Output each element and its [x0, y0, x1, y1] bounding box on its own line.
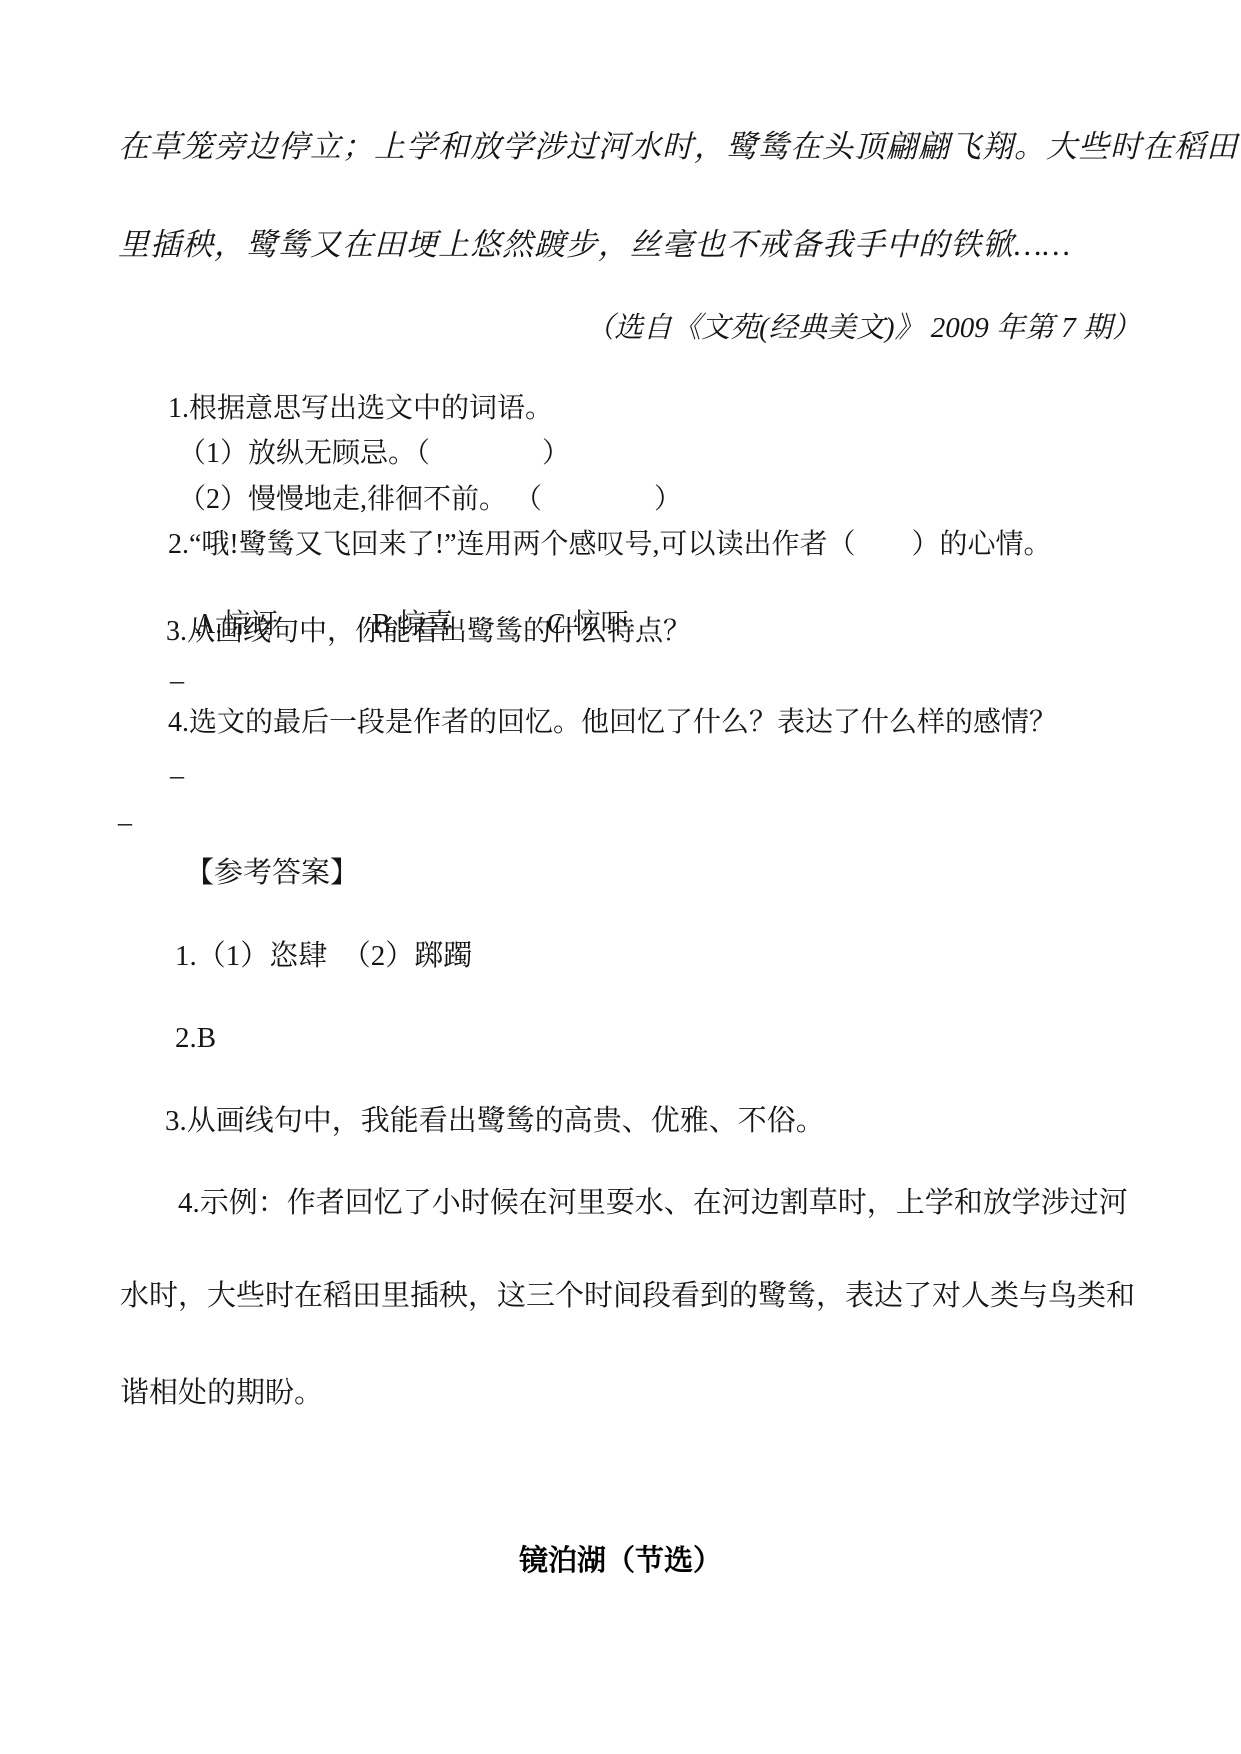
passage-line-1: 在草笼旁边停立；上学和放学涉过河水时，鹭鸶在头顶翩翩飞翔。大些时在稻田	[118, 128, 1238, 167]
question-1-item-2: （2）慢慢地走,徘徊不前。 （ ）	[178, 482, 682, 517]
question-1: 1.根据意思写出选文中的词语。	[168, 391, 553, 426]
document-page: 在草笼旁边停立；上学和放学涉过河水时，鹭鸶在头顶翩翩飞翔。大些时在稻田 里插秧，…	[0, 0, 1241, 1754]
answer-1: 1.（1）恣肆 （2）踯躅	[175, 938, 472, 974]
question-1-item-1: （1）放纵无顾忌。（ ）	[178, 436, 570, 471]
answer-4-line-1: 4.示例：作者回忆了小时候在河里耍水、在河边割草时，上学和放学涉过河	[178, 1185, 1128, 1221]
answer-2: 2.B	[175, 1020, 216, 1056]
answers-header: 【参考答案】	[185, 855, 359, 891]
source-attribution: （选自《文苑(经典美文)》 2009 年第 7 期）	[585, 310, 1141, 346]
answer-blank-line-1: _	[170, 658, 185, 686]
question-4: 4.选文的最后一段是作者的回忆。他回忆了什么？表达了什么样的感情？	[168, 705, 1057, 740]
next-section-title: 镜泊湖（节选）	[0, 1538, 1241, 1579]
answer-3: 3.从画线句中，我能看出鹭鸶的高贵、优雅、不俗。	[165, 1103, 825, 1139]
answer-4-line-3: 谐相处的期盼。	[120, 1375, 323, 1411]
question-2: 2.“哦!鹭鸶又飞回来了!”连用两个感叹号,可以读出作者（ ）的心情。	[168, 527, 1052, 562]
passage-line-2: 里插秧，鹭鸶又在田埂上悠然踱步，丝毫也不戒备我手中的铁锨……	[118, 226, 1071, 265]
answer-blank-line-2: _	[170, 753, 185, 781]
answer-4-line-2: 水时，大些时在稻田里插秧，这三个时间段看到的鹭鸶，表达了对人类与鸟类和	[120, 1278, 1135, 1314]
question-3: 3.从画线句中，你能看出鹭鸶的什么特点？	[166, 614, 691, 649]
answer-blank-line-3: _	[118, 800, 133, 828]
